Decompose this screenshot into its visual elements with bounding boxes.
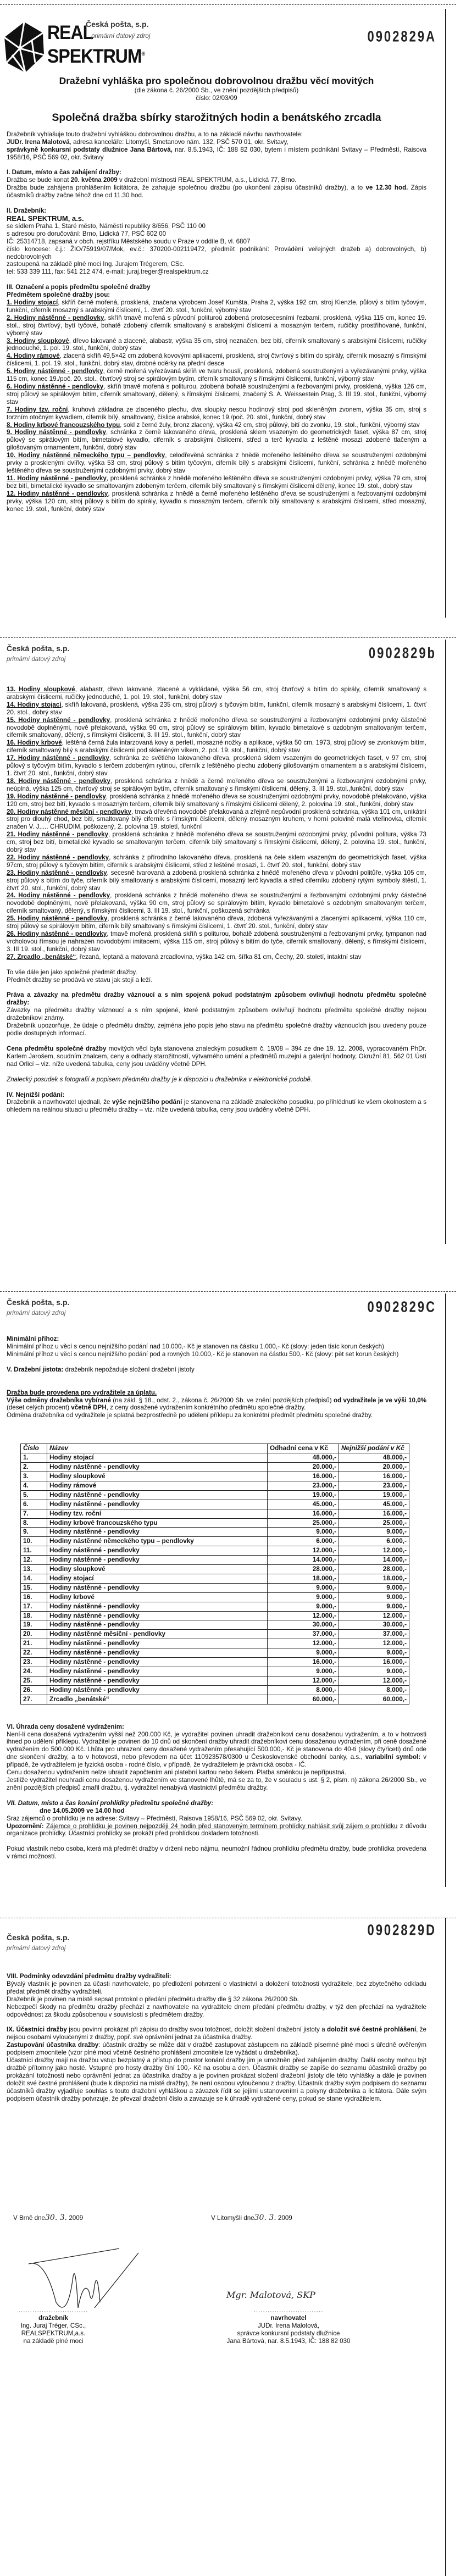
auction-item-title: 12. Hodiny nástěnné - pendlovky bbox=[7, 490, 108, 497]
viewing-warning: Upozornění: Zájemce o prohlídku je povin… bbox=[7, 1823, 426, 1838]
price-table-row: 12.Hodiny nástěnné - pendlovky14.000,-14… bbox=[21, 1556, 409, 1565]
proposer-line: správce konkursní podstaty dlužnice bbox=[209, 2330, 368, 2338]
page-4: Česká pošta, s.p. primární datový zdroj … bbox=[0, 1918, 456, 2576]
item-name: Hodiny nástěnné - pendlovky bbox=[47, 1556, 268, 1565]
section-3-heading: III. Označení a popis předmětu společné … bbox=[7, 284, 426, 291]
item-number: 20. bbox=[21, 1630, 47, 1639]
item-name: Hodiny nástěnné - pendlovky bbox=[47, 1667, 268, 1676]
estimated-price: 9.000,- bbox=[268, 1648, 339, 1658]
lowest-bid: 28.000,- bbox=[339, 1565, 409, 1574]
handover-text: Dražebník je povinen na místě sepsat pro… bbox=[7, 1996, 426, 2003]
auction-item-description: , zlacená skříň 49,5×42 cm zdobená kovov… bbox=[7, 352, 426, 367]
price-table-row: 22.Hodiny nástěnné - pendlovky9.000,-9.0… bbox=[21, 1648, 409, 1658]
auction-item: 26. Hodiny nástěnné - pendlovky, tmavě m… bbox=[7, 930, 426, 953]
page-1: REAL SPEKTRUM® Česká pošta, s.p. primárn… bbox=[0, 0, 456, 648]
auction-item-description: , kruhová základna ze zlaceného plechu, … bbox=[7, 406, 426, 421]
estimated-price: 16.000,- bbox=[268, 1472, 339, 1481]
document-serial: 0902829D bbox=[367, 1925, 436, 1935]
price-table-row: 8.Hodiny krbové francouzského typu25.000… bbox=[21, 1518, 409, 1528]
auction-item-title: 25. Hodiny nástěnné - pendlovky bbox=[7, 915, 107, 922]
auction-item: 14. Hodiny stojací, skříň lakovaná, pros… bbox=[7, 701, 426, 717]
auction-item-title: 7. Hodiny tzv. roční bbox=[7, 406, 68, 413]
estimated-price: 18.000,- bbox=[268, 1574, 339, 1583]
auctioneer-role: dražebník bbox=[7, 2314, 100, 2322]
lowest-bid: 20.000,- bbox=[339, 1463, 409, 1472]
price-table-row: 19.Hodiny nástěnné - pendlovky30.000,-30… bbox=[21, 1620, 409, 1630]
item-number: 3. bbox=[21, 1472, 47, 1481]
price-table-header: Číslo Název Odhadní cena v Kč Nejnižší p… bbox=[21, 1444, 409, 1453]
item-name: Hodiny sloupkové bbox=[47, 1565, 268, 1574]
price-table-row: 4.Hodiny rámové23.000,-23.000,- bbox=[21, 1481, 409, 1490]
lowest-bid-text: Dražebník a navrhovatel ujednali, že výš… bbox=[7, 1098, 426, 1114]
auction-item: 12. Hodiny nástěnné - pendlovky, proskle… bbox=[7, 490, 426, 513]
document-serial: 0902829b bbox=[369, 648, 436, 658]
item-name: Hodiny krbové bbox=[47, 1592, 268, 1602]
item-name: Hodiny stojací bbox=[47, 1574, 268, 1583]
item-name: Hodiny nástěnné - pendlovky bbox=[47, 1500, 268, 1509]
proposer-line: Jana Bártová, nar. 8.5.1943, IČ: 188 82 … bbox=[209, 2338, 368, 2345]
estimated-price: 28.000,- bbox=[268, 1565, 339, 1574]
lowest-bid: 9.000,- bbox=[339, 1667, 409, 1676]
estimated-price: 25.000,- bbox=[268, 1518, 339, 1528]
logo-spektrum-text: SPEKTRUM® bbox=[47, 50, 145, 60]
lowest-bid: 9.000,- bbox=[339, 1528, 409, 1537]
price-table-row: 17.Hodiny nástěnné - pendlovky9.000,-9.0… bbox=[21, 1602, 409, 1611]
auctioneer-line: na základě plné moci bbox=[7, 2338, 100, 2345]
min-bid-rule: Minimální příhoz u věcí s cenou nejnižší… bbox=[7, 1343, 426, 1351]
right-date: V Litomyšli dne30. 3. 2009 bbox=[211, 2214, 292, 2222]
auction-item-title: 17. Hodiny nástěnné - pendlovky bbox=[7, 754, 109, 762]
price-table-row: 3.Hodiny sloupkové16.000,-16.000,- bbox=[21, 1472, 409, 1481]
price-table-row: 23.Hodiny nástěnné - pendlovky16.000,-16… bbox=[21, 1658, 409, 1667]
posta-stamp-sub: primární datový zdroj bbox=[91, 33, 150, 41]
auction-item: 23. Hodiny nástěnné - pendlovky, secesně… bbox=[7, 869, 426, 892]
auction-item-title: 27. Zrcadlo „benátské“ bbox=[7, 953, 76, 961]
rights-text: Dražebník upozorňuje, že údaje o předmět… bbox=[7, 1022, 426, 1037]
auction-item-title: 16. Hodiny krbové bbox=[7, 739, 62, 746]
price-table-row: 27.Zrcadlo „benátské“60.000,-60.000,- bbox=[21, 1695, 409, 1704]
item-number: 1. bbox=[21, 1453, 47, 1463]
lowest-bid: 9.000,- bbox=[339, 1592, 409, 1602]
item-name: Hodiny krbové francouzského typu bbox=[47, 1518, 268, 1528]
estimated-price: 12.000,- bbox=[268, 1676, 339, 1685]
entry-text: Účastníci dražby mají na dražbu vstup be… bbox=[7, 2057, 426, 2102]
price-table-row: 9.Hodiny nástěnné - pendlovky9.000,-9.00… bbox=[21, 1528, 409, 1537]
item-number: 11. bbox=[21, 1546, 47, 1556]
expert-report-note: Znalecký posudek s fotografií a popisem … bbox=[7, 1076, 426, 1084]
item-name: Hodiny nástěnné - pendlovky bbox=[47, 1658, 268, 1667]
auction-item: 7. Hodiny tzv. roční, kruhová základna z… bbox=[7, 406, 426, 421]
price-table-row: 15.Hodiny nástěnné - pendlovky9.000,-9.0… bbox=[21, 1583, 409, 1592]
item-name: Hodiny nástěnné - pendlovky bbox=[47, 1528, 268, 1537]
auction-item-title: 20. Hodiny nástěnné měsíční - pendlovky bbox=[7, 808, 131, 815]
real-spektrum-logo: REAL SPEKTRUM® Česká pošta, s.p. primárn… bbox=[3, 21, 190, 76]
price-table-row: 7.Hodiny tzv. roční16.000,-16.000,- bbox=[21, 1509, 409, 1518]
auctioneer-contact[interactable]: tel: 533 339 111, fax: 541 212 474, e-ma… bbox=[7, 268, 426, 276]
lowest-bid: 16.000,- bbox=[339, 1658, 409, 1667]
auction-item: 16. Hodiny krbové, leštěná černá žula in… bbox=[7, 739, 426, 754]
auction-item: 2. Hodiny nástěnné - pendlovky, skříň tm… bbox=[7, 314, 426, 337]
page-right-border bbox=[445, 1293, 446, 1887]
posta-stamp-name: Česká pošta, s.p. bbox=[7, 645, 69, 653]
document-number: číslo: 02/03/09 bbox=[7, 95, 426, 102]
estimated-price: 20.000,- bbox=[268, 1463, 339, 1472]
trustee: správkyně konkursní podstaty dlužnice Ja… bbox=[7, 146, 426, 162]
page-right-border bbox=[445, 9, 446, 618]
estimated-price: 9.000,- bbox=[268, 1592, 339, 1602]
item-name: Hodiny nástěnné - pendlovky bbox=[47, 1620, 268, 1630]
item-number: 16. bbox=[21, 1592, 47, 1602]
fee-payment: Odměna dražebníka od vydražitele je spla… bbox=[7, 1412, 426, 1419]
fee-text: Výše odměny dražebníka vybírané (na zákl… bbox=[7, 1397, 426, 1412]
item-number: 5. bbox=[21, 1490, 47, 1500]
auction-item-description: , skříň černě mořená, prosklená, značena… bbox=[7, 299, 426, 314]
section-6-heading: VI. Úhrada ceny dosažené vydražením: bbox=[7, 1723, 426, 1731]
rights-text: Závazky na předmětu dražby váznoucí a s … bbox=[7, 1007, 426, 1022]
section-1-heading: I. Datum, místo a čas zahájení dražby: bbox=[7, 169, 426, 176]
auction-items-list: 13. Hodiny sloupkové, alabastr, dřevo la… bbox=[7, 686, 426, 961]
item-name: Hodiny nástěnné - pendlovky bbox=[47, 1583, 268, 1592]
item-name: Hodiny sloupkové bbox=[47, 1472, 268, 1481]
price-table-row: 10.Hodiny nástěnné německého typu – pend… bbox=[21, 1537, 409, 1546]
estimated-price: 9.000,- bbox=[268, 1667, 339, 1676]
page-4-content: VIII. Podmínky odevzdání předmětu dražby… bbox=[7, 1973, 426, 2103]
price-table-row: 18.Hodiny nástěnné - pendlovky12.000,-12… bbox=[21, 1611, 409, 1620]
auctioneer-line: s adresou pro doručování: Brno, Lidická … bbox=[7, 230, 426, 238]
price-table-row: 24.Hodiny nástěnné - pendlovky9.000,-9.0… bbox=[21, 1667, 409, 1676]
estimated-price: 23.000,- bbox=[268, 1481, 339, 1490]
estimated-price: 9.000,- bbox=[268, 1583, 339, 1592]
auction-item: 27. Zrcadlo „benátské“, řezaná, leptaná … bbox=[7, 953, 426, 961]
item-name: Hodiny nástěnné - pendlovky bbox=[47, 1602, 268, 1611]
document-serial: 0902829A bbox=[367, 32, 436, 41]
estimated-price: 8.000,- bbox=[268, 1685, 339, 1695]
page-top-rule bbox=[0, 1291, 456, 1292]
auction-item: 4. Hodiny rámové, zlacená skříň 49,5×42 … bbox=[7, 352, 426, 368]
estimated-price: 45.000,- bbox=[268, 1500, 339, 1509]
payment-text: Není-li cena dosažená vydražením vyšší n… bbox=[7, 1731, 426, 1769]
item-number: 24. bbox=[21, 1667, 47, 1676]
auction-item-title: 10. Hodiny nástěnné německého typu – pen… bbox=[7, 452, 165, 459]
auction-item-title: 14. Hodiny stojací bbox=[7, 701, 62, 708]
section-7-heading: VII. Datum, místo a čas konání prohlídky… bbox=[7, 1800, 426, 1807]
posta-stamp-name: Česká pošta, s.p. bbox=[7, 1934, 69, 1942]
auction-item: 3. Hodiny sloupkové, dřevo lakované a zl… bbox=[7, 337, 426, 353]
posta-stamp-name: Česká pošta, s.p. bbox=[7, 1299, 69, 1307]
auction-item: 8. Hodiny krbové francouzského typu, sok… bbox=[7, 421, 426, 429]
auctioneer-line: IČ: 25314718, zapsaná v obch. rejstříku … bbox=[7, 238, 426, 246]
page-1-content: Dražební vyhláška pro společnou dobrovol… bbox=[7, 75, 426, 513]
item-name: Hodiny nástěnné - pendlovky bbox=[47, 1685, 268, 1695]
auction-item-title: 1. Hodiny stojací bbox=[7, 299, 58, 306]
item-number: 27. bbox=[21, 1695, 47, 1704]
proposer-signature: Mgr. Malotová, SKP bbox=[226, 2291, 315, 2299]
auction-item-description: , řezaná, leptaná a matovaná zrcadlovina… bbox=[76, 953, 361, 961]
proposer-role: navrhovatel bbox=[209, 2314, 368, 2322]
page-top-rule bbox=[0, 637, 456, 638]
auction-item-title: 9. Hodiny nástěnné - pendlovky bbox=[7, 429, 106, 436]
auction-item: 24. Hodiny nástěnné - pendlovky, proskle… bbox=[7, 892, 426, 915]
posta-stamp-name: Česká pošta, s.p. bbox=[86, 21, 148, 29]
signature-area: V Brně dne30. 3. 2009 V Litomyšli dne30.… bbox=[7, 2192, 426, 2357]
handwritten-date: 30. 3. bbox=[45, 2213, 67, 2222]
lowest-bid: 8.000,- bbox=[339, 1685, 409, 1695]
lowest-bid: 9.000,- bbox=[339, 1583, 409, 1592]
min-bid-rule: Minimální příhoz u věcí s cenou nejnižší… bbox=[7, 1351, 426, 1358]
auctioneer-line: číslo koncese: č.j.: ŽIO/75919/07/Mok, e… bbox=[7, 246, 426, 261]
price-table-row: 20.Hodiny nástěnné měsíční - pendlovky37… bbox=[21, 1630, 409, 1639]
auction-item: 1. Hodiny stojací, skříň černě mořená, p… bbox=[7, 299, 426, 314]
estimated-price: 37.000,- bbox=[268, 1630, 339, 1639]
section-1-time: Dražba bude zahájena prohlášením licitát… bbox=[7, 184, 426, 199]
estimated-price: 6.000,- bbox=[268, 1537, 339, 1546]
item-number: 19. bbox=[21, 1620, 47, 1630]
price-table-row: 6.Hodiny nástěnné - pendlovky45.000,-45.… bbox=[21, 1500, 409, 1509]
price-table-row: 14.Hodiny stojací18.000,-18.000,- bbox=[21, 1574, 409, 1583]
page-top-rule bbox=[0, 1918, 456, 1918]
page-3: Česká pošta, s.p. primární datový zdroj … bbox=[0, 1291, 456, 1912]
item-name: Hodiny tzv. roční bbox=[47, 1509, 268, 1518]
fee-heading: Dražba bude provedena pro vydražitele za… bbox=[7, 1389, 426, 1397]
estimated-price: 19.000,- bbox=[268, 1490, 339, 1500]
lowest-bid: 12.000,- bbox=[339, 1546, 409, 1556]
posta-stamp-sub: primární datový zdroj bbox=[7, 656, 69, 664]
auction-item: 18. Hodiny nástěnné - pendlovky, proskle… bbox=[7, 778, 426, 793]
auctioneer-line: se sídlem Praha 1, Staré město, Náměstí … bbox=[7, 223, 426, 230]
auction-item-title: 19. Hodiny nástěnné - pendlovky bbox=[7, 793, 106, 800]
item-number: 8. bbox=[21, 1518, 47, 1528]
lowest-bid: 18.000,- bbox=[339, 1574, 409, 1583]
item-number: 2. bbox=[21, 1463, 47, 1472]
document-serial: 0902829C bbox=[367, 1302, 436, 1312]
handwritten-date: 30. 3. bbox=[254, 2213, 276, 2222]
posta-stamp-sub: primární datový zdroj bbox=[7, 1945, 69, 1953]
signature-line: .............................. bbox=[209, 2307, 368, 2314]
section-2-heading: II. Dražebník: bbox=[7, 207, 426, 215]
intro-text: Dražebník vyhlašuje touto dražební vyhlá… bbox=[7, 131, 426, 138]
item-number: 4. bbox=[21, 1481, 47, 1490]
document-title: Dražební vyhláška pro společnou dobrovol… bbox=[7, 75, 426, 87]
item-number: 17. bbox=[21, 1602, 47, 1611]
auction-item-title: 21. Hodiny nástěnné - pendlovky bbox=[7, 831, 108, 838]
auction-item-title: 24. Hodiny nástěnné - pendlovky bbox=[7, 892, 110, 899]
estimated-price: 12.000,- bbox=[268, 1611, 339, 1620]
auction-items-list: 1. Hodiny stojací, skříň černě mořená, p… bbox=[7, 299, 426, 513]
auction-item: 10. Hodiny nástěnné německého typu – pen… bbox=[7, 452, 426, 475]
item-number: 26. bbox=[21, 1685, 47, 1695]
auctioneer-company: REAL SPEKTRUM, a.s. bbox=[7, 215, 426, 223]
item-number: 7. bbox=[21, 1509, 47, 1518]
lowest-bid: 60.000,- bbox=[339, 1695, 409, 1704]
estimated-price: 60.000,- bbox=[268, 1695, 339, 1704]
page-top-rule bbox=[0, 4, 456, 5]
proposer-line: JUDr. Irena Malotová, bbox=[209, 2322, 368, 2330]
lowest-bid: 9.000,- bbox=[339, 1648, 409, 1658]
auction-item: 19. Hodiny nástěnné - pendlovky, proskle… bbox=[7, 793, 426, 808]
auction-item: 21. Hodiny nástěnné - pendlovky, proskle… bbox=[7, 831, 426, 854]
lowest-bid: 25.000,- bbox=[339, 1518, 409, 1528]
item-number: 6. bbox=[21, 1500, 47, 1509]
logo-real-text: REAL bbox=[47, 29, 93, 37]
estimated-price: 14.000,- bbox=[268, 1556, 339, 1565]
lowest-bid: 30.000,- bbox=[339, 1620, 409, 1630]
auction-item-title: 22. Hodiny nástěnné - pendlovky bbox=[7, 854, 109, 861]
signature-line: .............................. bbox=[7, 2307, 100, 2314]
page-3-content: Minimální příhoz: Minimální příhoz u věc… bbox=[7, 1335, 426, 1861]
auctioneer-signature-block: .............................. dražebník… bbox=[7, 2307, 100, 2345]
auctioneer-line: REALSPEKTRUM,a.s. bbox=[7, 2330, 100, 2338]
lowest-bid: 12.000,- bbox=[339, 1611, 409, 1620]
price-determination: Cena předmětu společné dražby movitých v… bbox=[7, 1045, 426, 1068]
auction-item: 5. Hodiny nástěnné - pendlovky, černě mo… bbox=[7, 368, 426, 383]
page-2-content: 13. Hodiny sloupkové, alabastr, dřevo la… bbox=[7, 686, 426, 1114]
estimated-price: 12.000,- bbox=[268, 1639, 339, 1648]
auction-item: 9. Hodiny nástěnné - pendlovky, schránka… bbox=[7, 429, 426, 452]
item-name: Hodiny nástěnné - pendlovky bbox=[47, 1546, 268, 1556]
law-reference: (dle zákona č. 26/2000 Sb., ve znění poz… bbox=[7, 87, 426, 95]
auction-item-description: , leštěná černá žula intarzovaná kovy a … bbox=[7, 739, 426, 754]
price-table-row: 1.Hodiny stojací48.000,-48.000,- bbox=[21, 1453, 409, 1463]
auction-item: 22. Hodiny nástěnné - pendlovky, schránk… bbox=[7, 854, 426, 869]
item-name: Hodiny nástěnné - pendlovky bbox=[47, 1648, 268, 1658]
posta-stamp-sub: primární datový zdroj bbox=[7, 1310, 69, 1318]
section-8-heading: VIII. Podmínky odevzdání předmětu dražby… bbox=[7, 1973, 426, 1980]
estimated-price: 48.000,- bbox=[268, 1453, 339, 1463]
estimated-price: 9.000,- bbox=[268, 1602, 339, 1611]
lowest-bid: 16.000,- bbox=[339, 1472, 409, 1481]
col-name: Název bbox=[47, 1444, 268, 1453]
item-name: Hodiny nástěnné měsíční - pendlovky bbox=[47, 1630, 268, 1639]
proposer: JUDr. Irena Malotová, adresa kanceláře: … bbox=[7, 138, 426, 146]
col-estimated-price: Odhadní cena v Kč bbox=[268, 1444, 339, 1453]
viewing-owner-note: Pokud vlastník nebo osoba, která má před… bbox=[7, 1845, 426, 1861]
auction-item: 15. Hodiny nástěnné - pendlovky, proskle… bbox=[7, 717, 426, 740]
auction-item-title: 23. Hodiny nástěnné - pendlovky bbox=[7, 869, 107, 876]
auction-item: 6. Hodiny nástěnné - pendlovky, skříň tm… bbox=[7, 383, 426, 406]
handover-text: Bývalý vlastník je povinen za účasti nav… bbox=[7, 1980, 426, 1996]
auction-item-description: , sokl z černé žuly, bronz zlacený, výšk… bbox=[120, 421, 420, 429]
auction-item-title: 15. Hodiny nástěnné - pendlovky bbox=[7, 717, 110, 724]
item-name: Hodiny nástěnné - pendlovky bbox=[47, 1463, 268, 1472]
col-number: Číslo bbox=[21, 1444, 47, 1453]
estimated-price: 16.000,- bbox=[268, 1509, 339, 1518]
item-number: 9. bbox=[21, 1528, 47, 1537]
proposer-signature-block: .............................. navrhovat… bbox=[209, 2307, 368, 2345]
posta-stamp: Česká pošta, s.p. primární datový zdroj bbox=[7, 1934, 69, 1953]
auction-item: 20. Hodiny nástěnné měsíční - pendlovky,… bbox=[7, 808, 426, 831]
lowest-bid: 14.000,- bbox=[339, 1556, 409, 1565]
price-table-row: 13.Hodiny sloupkové28.000,-28.000,- bbox=[21, 1565, 409, 1574]
min-bid-heading: Minimální příhoz: bbox=[7, 1335, 426, 1343]
lowest-bid: 16.000,- bbox=[339, 1509, 409, 1518]
rights-heading: Práva a závazky na předmětu dražby vázno… bbox=[7, 991, 426, 1007]
auction-item-title: 5. Hodiny nástěnné - pendlovky bbox=[7, 368, 103, 375]
auctioneer-line: Ing. Juraj Tréger, CSc., bbox=[7, 2322, 100, 2330]
payment-text: Cenu dosaženou vydražením nelze uhradit … bbox=[7, 1769, 426, 1776]
left-date: V Brně dne30. 3. 2009 bbox=[13, 2214, 83, 2222]
lowest-bid: 45.000,- bbox=[339, 1500, 409, 1509]
item-number: 15. bbox=[21, 1583, 47, 1592]
col-lowest-bid: Nejnižší podání v Kč bbox=[339, 1444, 409, 1453]
auction-item: 17. Hodiny nástěnné - pendlovky, schránk… bbox=[7, 754, 426, 778]
viewing-meeting: Sraz zájemců o prohlídku je na adrese: S… bbox=[7, 1815, 426, 1823]
item-number: 13. bbox=[21, 1565, 47, 1574]
page-right-border bbox=[445, 1918, 446, 2576]
item-number: 21. bbox=[21, 1639, 47, 1648]
lowest-bid: 9.000,- bbox=[339, 1602, 409, 1611]
auction-item-title: 18. Hodiny nástěnné - pendlovky bbox=[7, 778, 110, 785]
handover-text: Nebezpečí škody na předmětu dražby přech… bbox=[7, 2003, 426, 2019]
section-4-heading: IV. Nejnižší podání: bbox=[7, 1091, 426, 1099]
section-1-date: Dražba se bude konat 20. května 2009 v d… bbox=[7, 176, 426, 184]
lowest-bid: 37.000,- bbox=[339, 1630, 409, 1639]
item-name: Hodiny stojací bbox=[47, 1453, 268, 1463]
document-subtitle: Společná dražba sbírky starožitných hodi… bbox=[7, 111, 426, 124]
auction-item-description: , dřevo lakované a zlacené, alabastr, vý… bbox=[7, 337, 426, 352]
item-name: Hodiny nástěnné - pendlovky bbox=[47, 1611, 268, 1620]
price-table: Číslo Název Odhadní cena v Kč Nejnižší p… bbox=[20, 1444, 409, 1704]
auction-item: 25. Hodiny nástěnné - pendlovky, proskle… bbox=[7, 915, 426, 930]
price-table-row: 5.Hodiny nástěnné - pendlovky19.000,-19.… bbox=[21, 1490, 409, 1500]
lowest-bid: 12.000,- bbox=[339, 1639, 409, 1648]
estimated-price: 16.000,- bbox=[268, 1658, 339, 1667]
auction-item: 11. Hodiny nástěnné - pendlovky, proskle… bbox=[7, 475, 426, 490]
item-name: Hodiny rámové bbox=[47, 1481, 268, 1490]
section-5-deposit: V. Dražební jistota: dražebník nepožaduj… bbox=[7, 1366, 426, 1374]
item-number: 25. bbox=[21, 1676, 47, 1685]
auction-item-title: 4. Hodiny rámové bbox=[7, 352, 60, 359]
item-name: Hodiny nástěnné německého typu – pendlov… bbox=[47, 1537, 268, 1546]
section-3-subheading: Předmětem společné dražby jsou: bbox=[7, 291, 426, 299]
auctioneer-line: zastoupená na základě plné moci Ing. Jur… bbox=[7, 260, 426, 268]
estimated-price: 9.000,- bbox=[268, 1528, 339, 1537]
auction-item-description: , skříň lakovaná, prosklená, výška 235 c… bbox=[7, 701, 426, 716]
price-table-row: 16.Hodiny krbové9.000,-9.000,- bbox=[21, 1592, 409, 1602]
item-number: 14. bbox=[21, 1574, 47, 1583]
auction-item-title: 13. Hodiny sloupkové bbox=[7, 686, 75, 693]
price-table-row: 11.Hodiny nástěnné - pendlovky12.000,-12… bbox=[21, 1546, 409, 1556]
item-number: 12. bbox=[21, 1556, 47, 1565]
viewing-date: dne 14.05.2009 ve 14.00 hod bbox=[7, 1807, 426, 1815]
payment-text: Jestliže vydražitel neuhradí cenu dosaže… bbox=[7, 1776, 426, 1792]
price-table-row: 21.Hodiny nástěnné - pendlovky12.000,-12… bbox=[21, 1639, 409, 1648]
posta-stamp: Česká pošta, s.p. primární datový zdroj bbox=[7, 645, 69, 664]
item-name: Hodiny nástěnné - pendlovky bbox=[47, 1676, 268, 1685]
price-table-row: 26.Hodiny nástěnné - pendlovky8.000,-8.0… bbox=[21, 1685, 409, 1695]
auction-item-title: 11. Hodiny nástěnné - pendlovky bbox=[7, 475, 107, 482]
logo-polygon-icon bbox=[3, 21, 45, 74]
items-condition: Předmět dražby se prodává ve stavu jak s… bbox=[7, 976, 426, 984]
lowest-bid: 19.000,- bbox=[339, 1490, 409, 1500]
lowest-bid: 6.000,- bbox=[339, 1537, 409, 1546]
item-name: Hodiny nástěnné - pendlovky bbox=[47, 1639, 268, 1648]
representation-text: Zastupování účastníka dražby: účastník d… bbox=[7, 2041, 426, 2057]
auction-item: 13. Hodiny sloupkové, alabastr, dřevo la… bbox=[7, 686, 426, 701]
item-name: Zrcadlo „benátské“ bbox=[47, 1695, 268, 1704]
participants-text: IX. Účastníci dražby jsou povinni prokáz… bbox=[7, 2026, 426, 2041]
price-table-row: 2.Hodiny nástěnné - pendlovky20.000,-20.… bbox=[21, 1463, 409, 1472]
items-summary: To vše dále jen jako společné předmět dr… bbox=[7, 969, 426, 976]
auction-item-title: 26. Hodiny nástěnné - pendlovky bbox=[7, 930, 107, 937]
estimated-price: 12.000,- bbox=[268, 1546, 339, 1556]
item-number: 23. bbox=[21, 1658, 47, 1667]
price-table-row: 25.Hodiny nástěnné - pendlovky12.000,-12… bbox=[21, 1676, 409, 1685]
estimated-price: 30.000,- bbox=[268, 1620, 339, 1630]
lowest-bid: 48.000,- bbox=[339, 1453, 409, 1463]
posta-stamp: Česká pošta, s.p. primární datový zdroj bbox=[7, 1299, 69, 1318]
auction-item-title: 6. Hodiny nástěnné - pendlovky bbox=[7, 383, 103, 390]
item-name: Hodiny nástěnné - pendlovky bbox=[47, 1490, 268, 1500]
